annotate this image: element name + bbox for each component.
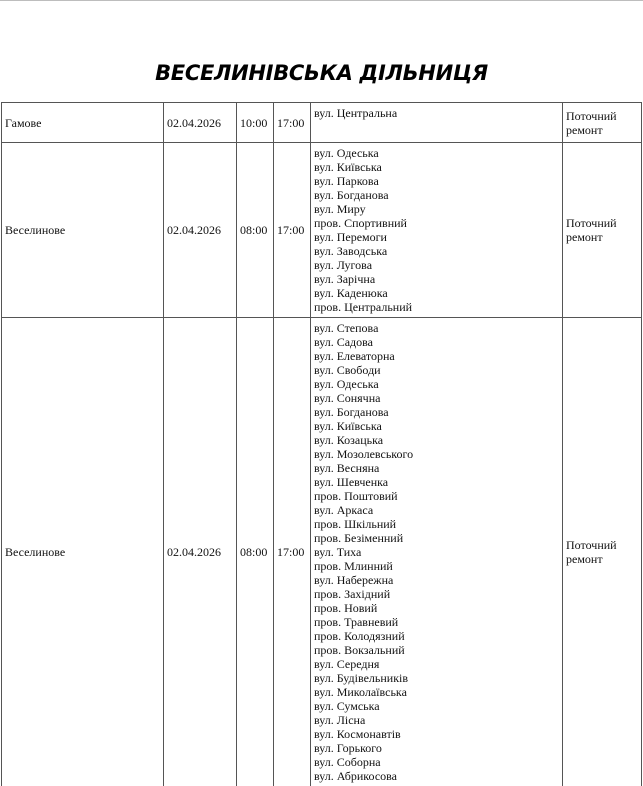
street-name: вул. Лісна <box>314 713 559 727</box>
end-time-cell: 17:00 <box>274 318 311 786</box>
work-type-cell: Поточний ремонт <box>563 143 642 318</box>
street-name: вул. Козацька <box>314 433 559 447</box>
street-name: пров. Західний <box>314 587 559 601</box>
settlement-cell: Веселинове <box>2 318 164 786</box>
street-name: вул. Тиха <box>314 545 559 559</box>
street-name: вул. Центральна <box>314 106 559 120</box>
street-name: вул. Богданова <box>314 188 559 202</box>
date-cell: 02.04.2026 <box>164 143 237 318</box>
street-name: вул. Лугова <box>314 258 559 272</box>
street-name: вул. Миру <box>314 202 559 216</box>
street-name: вул. Мозолевського <box>314 447 559 461</box>
settlement-cell: Гамове <box>2 103 164 143</box>
street-name: пров. Поштовий <box>314 489 559 503</box>
start-time-cell: 08:00 <box>237 318 274 786</box>
work-type-cell: Поточний ремонт <box>563 318 642 786</box>
street-name: вул. Степова <box>314 321 559 335</box>
street-name: пров. Безіменний <box>314 531 559 545</box>
start-time-cell: 08:00 <box>237 143 274 318</box>
street-name: пров. Колодязний <box>314 629 559 643</box>
street-name: вул. Одеська <box>314 377 559 391</box>
street-name: вул. Київська <box>314 419 559 433</box>
street-name: вул. Набережна <box>314 573 559 587</box>
street-name: вул. Каденюка <box>314 286 559 300</box>
street-name: вул. Весняна <box>314 461 559 475</box>
street-name: вул. Середня <box>314 657 559 671</box>
street-name: пров. Млинний <box>314 559 559 573</box>
street-name: вул. Київська <box>314 160 559 174</box>
street-name: вул. Космонавтів <box>314 727 559 741</box>
street-name: вул. Шевченка <box>314 475 559 489</box>
street-name: вул. Аркаса <box>314 503 559 517</box>
street-name: пров. Шкільний <box>314 517 559 531</box>
street-name: вул. Сонячна <box>314 391 559 405</box>
street-name: вул. Миколаївська <box>314 685 559 699</box>
street-name: вул. Заводська <box>314 244 559 258</box>
street-name: пров. Спортивний <box>314 216 559 230</box>
street-name: вул. Одеська <box>314 146 559 160</box>
street-name: вул. Соборна <box>314 755 559 769</box>
end-time-cell: 17:00 <box>274 143 311 318</box>
top-divider <box>0 0 643 1</box>
streets-cell: вул. Центральна <box>311 103 563 143</box>
street-name: вул. Горького <box>314 741 559 755</box>
street-name: вул. Садова <box>314 335 559 349</box>
street-name: вул. Богданова <box>314 405 559 419</box>
street-name: вул. Будівельників <box>314 671 559 685</box>
date-cell: 02.04.2026 <box>164 318 237 786</box>
work-type-cell: Поточний ремонт <box>563 103 642 143</box>
end-time-cell: 17:00 <box>274 103 311 143</box>
street-name: вул. Паркова <box>314 174 559 188</box>
street-name: вул. Зарічна <box>314 272 559 286</box>
street-name: пров. Новий <box>314 601 559 615</box>
street-name: вул. Сумська <box>314 699 559 713</box>
street-name: вул. Перемоги <box>314 230 559 244</box>
street-name: вул. Елеваторна <box>314 349 559 363</box>
start-time-cell: 10:00 <box>237 103 274 143</box>
table-row: Гамове 02.04.2026 10:00 17:00 вул. Центр… <box>2 103 642 143</box>
street-name: пров. Центральний <box>314 300 559 314</box>
table-row: Веселинове 02.04.2026 08:00 17:00 вул. С… <box>2 318 642 786</box>
outage-schedule-table: Гамове 02.04.2026 10:00 17:00 вул. Центр… <box>1 102 642 786</box>
street-name: пров. Травневий <box>314 615 559 629</box>
date-cell: 02.04.2026 <box>164 103 237 143</box>
street-name: вул. Свободи <box>314 363 559 377</box>
table-row: Веселинове 02.04.2026 08:00 17:00 вул. О… <box>2 143 642 318</box>
street-name: вул. Абрикосова <box>314 769 559 783</box>
streets-cell: вул. Степовавул. Садовавул. Елеваторнаву… <box>311 318 563 786</box>
settlement-cell: Веселинове <box>2 143 164 318</box>
page-title: ВЕСЕЛИНІВСЬКА ДІЛЬНИЦЯ <box>0 58 643 88</box>
schedule-body: Гамове 02.04.2026 10:00 17:00 вул. Центр… <box>2 103 642 786</box>
street-name: пров. Вокзальний <box>314 643 559 657</box>
streets-cell: вул. Одеськавул. Київськавул. Парковавул… <box>311 143 563 318</box>
